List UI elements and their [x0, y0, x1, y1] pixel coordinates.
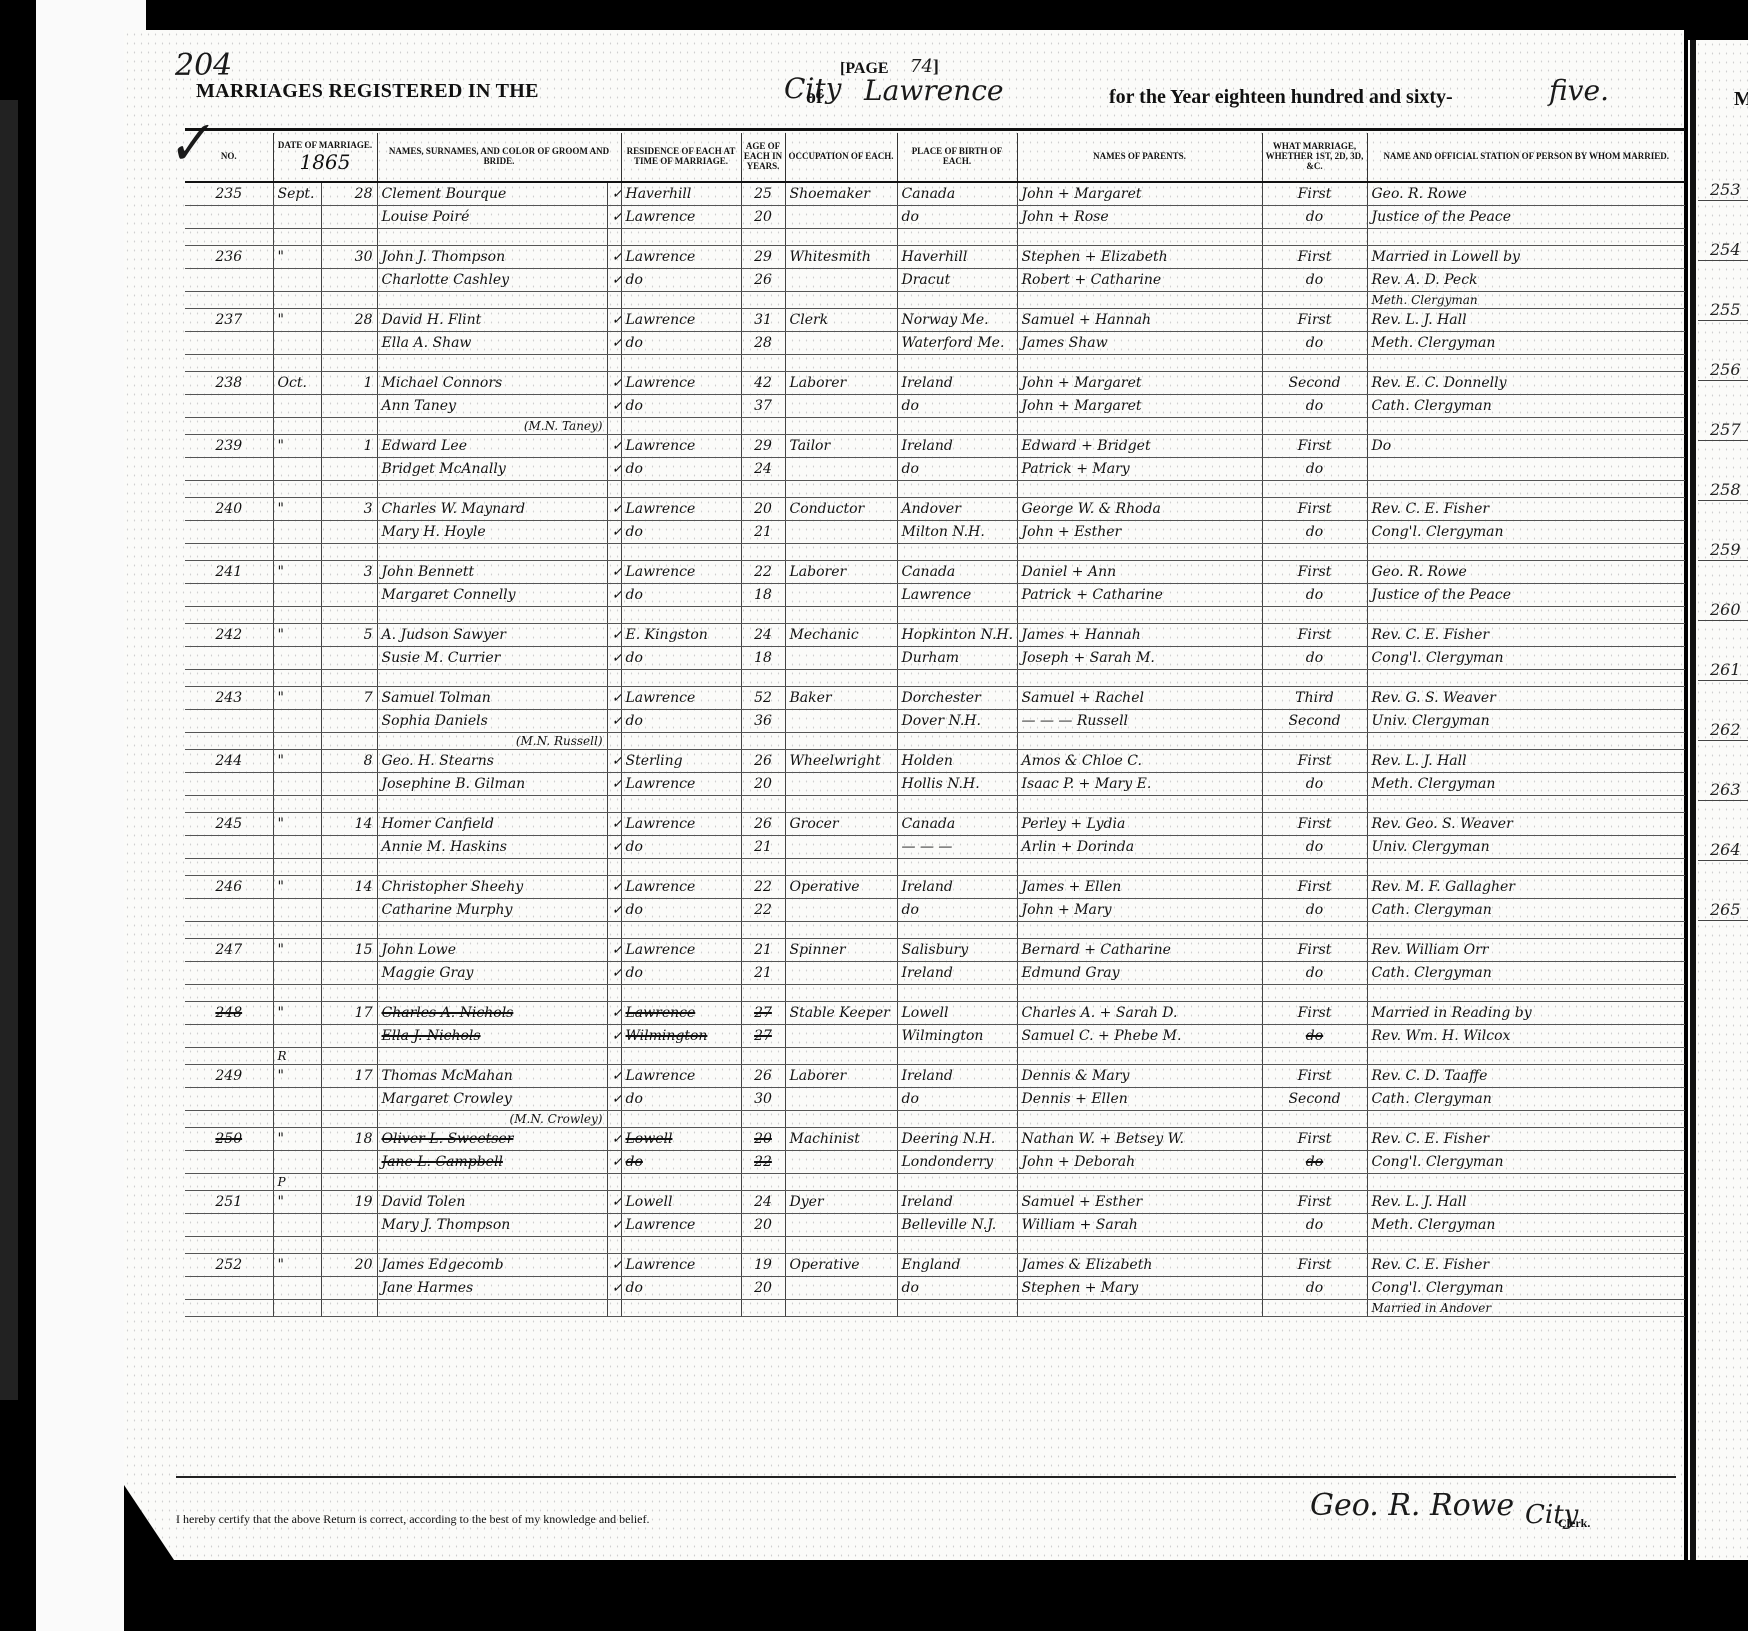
bride-marriage-number: do — [1262, 836, 1367, 859]
adjacent-rule — [1698, 860, 1748, 861]
empty-cell — [897, 607, 1017, 624]
adjacent-record-number: 262 — [1710, 720, 1741, 739]
bride-age: 21 — [741, 521, 785, 544]
groom-residence: Lowell — [621, 1191, 741, 1214]
bride-residence: do — [621, 521, 741, 544]
empty-cell — [185, 395, 273, 418]
empty-cell — [785, 206, 897, 229]
check-mark-icon: ✓ — [607, 269, 621, 292]
marriage-day: 14 — [321, 876, 377, 899]
adjacent-record-number: 259 — [1710, 540, 1741, 559]
empty-cell — [273, 836, 321, 859]
empty-cell — [273, 292, 321, 309]
groom-marriage-number: First — [1262, 498, 1367, 521]
table-row-groom: 236"30John J. Thompson✓Lawrence29Whitesm… — [185, 246, 1685, 269]
empty-cell — [785, 292, 897, 309]
groom-age: 22 — [741, 561, 785, 584]
groom-age: 26 — [741, 1065, 785, 1088]
marriage-month: " — [273, 1065, 321, 1088]
empty-cell — [621, 1174, 741, 1191]
groom-name: Michael Connors — [377, 372, 607, 395]
empty-cell — [321, 481, 377, 498]
empty-cell — [273, 647, 321, 670]
empty-cell — [321, 458, 377, 481]
empty-cell — [607, 229, 621, 246]
marriage-day: 17 — [321, 1065, 377, 1088]
officiant-line-3 — [1367, 355, 1685, 372]
table-row-groom: 241"3John Bennett✓Lawrence22LaborerCanad… — [185, 561, 1685, 584]
groom-name: David Tolen — [377, 1191, 607, 1214]
officiant-line-2: Meth. Clergyman — [1367, 332, 1685, 355]
empty-cell — [621, 1237, 741, 1254]
empty-cell — [273, 922, 321, 939]
maiden-name-note — [377, 922, 607, 939]
marriage-month: " — [273, 498, 321, 521]
bride-birthplace: Milton N.H. — [897, 521, 1017, 544]
groom-age: 27 — [741, 1002, 785, 1025]
table-row-groom: 242"5A. Judson Sawyer✓E. Kingston24Mecha… — [185, 624, 1685, 647]
marriage-month: " — [273, 309, 321, 332]
table-row-groom: 251"19David Tolen✓Lowell24DyerIrelandSam… — [185, 1191, 1685, 1214]
groom-occupation: Dyer — [785, 1191, 897, 1214]
marriage-day: 18 — [321, 1128, 377, 1151]
marriage-month: " — [273, 1002, 321, 1025]
table-row-bride: Josephine B. Gilman✓Lawrence20Hollis N.H… — [185, 773, 1685, 796]
bride-marriage-number: Second — [1262, 710, 1367, 733]
bride-birthplace: do — [897, 1088, 1017, 1111]
marriage-day: 1 — [321, 435, 377, 458]
empty-cell — [621, 1300, 741, 1317]
empty-cell — [607, 1300, 621, 1317]
groom-age: 24 — [741, 624, 785, 647]
marriage-month: " — [273, 687, 321, 710]
officiant-line-2: Justice of the Peace — [1367, 206, 1685, 229]
adjacent-rule — [1698, 620, 1748, 621]
empty-cell — [607, 1048, 621, 1065]
empty-cell — [321, 395, 377, 418]
groom-residence: Lawrence — [621, 435, 741, 458]
marriage-day: 14 — [321, 813, 377, 836]
empty-cell — [607, 1174, 621, 1191]
col-birthplace: Place of Birth of Each. — [897, 133, 1017, 182]
bride-name: Josephine B. Gilman — [377, 773, 607, 796]
table-row-bride: Margaret Connelly✓do18LawrencePatrick + … — [185, 584, 1685, 607]
bride-birthplace: Belleville N.J. — [897, 1214, 1017, 1237]
check-mark-icon: ✓ — [607, 521, 621, 544]
bride-name: Bridget McAnally — [377, 458, 607, 481]
empty-cell — [273, 521, 321, 544]
check-mark-icon: ✓ — [607, 246, 621, 269]
check-mark-icon: ✓ — [607, 1277, 621, 1300]
table-row-spacer — [185, 985, 1685, 1002]
groom-parents: Bernard + Catharine — [1017, 939, 1262, 962]
empty-cell — [185, 1277, 273, 1300]
empty-cell — [621, 481, 741, 498]
empty-cell — [1017, 607, 1262, 624]
empty-cell — [785, 859, 897, 876]
empty-cell — [785, 1025, 897, 1048]
bride-parents: John + Margaret — [1017, 395, 1262, 418]
record-number: 239 — [185, 435, 273, 458]
check-mark-icon: ✓ — [607, 561, 621, 584]
empty-cell — [273, 418, 321, 435]
groom-marriage-number: Third — [1262, 687, 1367, 710]
empty-cell — [185, 773, 273, 796]
check-mark-icon: ✓ — [607, 332, 621, 355]
groom-marriage-number: First — [1262, 624, 1367, 647]
empty-cell — [273, 1300, 321, 1317]
table-row-spacer — [185, 859, 1685, 876]
empty-cell — [785, 647, 897, 670]
table-row-spacer — [185, 922, 1685, 939]
empty-cell — [785, 355, 897, 372]
officiant-line-2: Rev. A. D. Peck — [1367, 269, 1685, 292]
empty-cell — [897, 1237, 1017, 1254]
bride-residence: do — [621, 710, 741, 733]
marriage-day: 28 — [321, 309, 377, 332]
empty-cell — [321, 899, 377, 922]
empty-cell — [273, 269, 321, 292]
empty-cell — [621, 922, 741, 939]
bride-age: 21 — [741, 836, 785, 859]
bride-parents: — — — Russell — [1017, 710, 1262, 733]
groom-birthplace: Canada — [897, 182, 1017, 206]
groom-parents: Samuel + Hannah — [1017, 309, 1262, 332]
marriage-day: 1 — [321, 372, 377, 395]
check-mark-icon: ✓ — [607, 206, 621, 229]
bride-name: Ann Taney — [377, 395, 607, 418]
table-row-groom: 244"8Geo. H. Stearns✓Sterling26Wheelwrig… — [185, 750, 1685, 773]
marriage-month: " — [273, 561, 321, 584]
bride-birthplace: Londonderry — [897, 1151, 1017, 1174]
bride-age: 28 — [741, 332, 785, 355]
empty-cell — [273, 796, 321, 813]
empty-cell — [785, 922, 897, 939]
groom-occupation: Laborer — [785, 372, 897, 395]
empty-cell — [897, 796, 1017, 813]
empty-cell — [897, 733, 1017, 750]
adjacent-rule — [1698, 560, 1748, 561]
officiant-line-2: Rev. Wm. H. Wilcox — [1367, 1025, 1685, 1048]
bride-residence: do — [621, 1277, 741, 1300]
bride-birthplace: do — [897, 1277, 1017, 1300]
empty-cell — [321, 584, 377, 607]
bride-age: 20 — [741, 206, 785, 229]
empty-cell — [273, 733, 321, 750]
empty-cell — [621, 355, 741, 372]
maiden-name-note: (M.N. Russell) — [377, 733, 607, 750]
officiant-line-1: Geo. R. Rowe — [1367, 561, 1685, 584]
bride-age: 22 — [741, 899, 785, 922]
table-row-bride: Louise Poiré✓Lawrence20doJohn + RosedoJu… — [185, 206, 1685, 229]
empty-cell — [321, 544, 377, 561]
footer-rule — [176, 1476, 1676, 1478]
table-row-spacer — [185, 544, 1685, 561]
empty-cell — [321, 773, 377, 796]
groom-occupation: Baker — [785, 687, 897, 710]
marriage-day: 20 — [321, 1254, 377, 1277]
bride-parents: John + Rose — [1017, 206, 1262, 229]
empty-cell — [321, 859, 377, 876]
empty-cell — [185, 1151, 273, 1174]
groom-name: Samuel Tolman — [377, 687, 607, 710]
check-mark-icon: ✓ — [607, 1002, 621, 1025]
empty-cell — [321, 229, 377, 246]
groom-parents: Samuel + Esther — [1017, 1191, 1262, 1214]
empty-cell — [273, 584, 321, 607]
adjacent-rule — [1698, 680, 1748, 681]
bride-residence: do — [621, 647, 741, 670]
empty-cell — [1017, 922, 1262, 939]
table-row-bride: Mary J. Thompson✓Lawrence20Belleville N.… — [185, 1214, 1685, 1237]
adjacent-record-number: 257 — [1710, 420, 1741, 439]
col-age: Age of Each in Years. — [741, 133, 785, 182]
record-number: 238 — [185, 372, 273, 395]
maiden-name-note — [377, 607, 607, 624]
table-row-bride: Annie M. Haskins✓do21— — —Arlin + Dorind… — [185, 836, 1685, 859]
empty-cell — [785, 773, 897, 796]
check-mark-icon: ✓ — [607, 458, 621, 481]
groom-marriage-number: First — [1262, 1191, 1367, 1214]
marriage-day: 5 — [321, 624, 377, 647]
officiant-line-3: Meth. Clergyman — [1367, 292, 1685, 309]
empty-cell — [1262, 1048, 1367, 1065]
empty-cell — [897, 481, 1017, 498]
bride-name: Susie M. Currier — [377, 647, 607, 670]
empty-cell — [273, 395, 321, 418]
table-row-bride: Ann Taney✓do37doJohn + MargaretdoCath. C… — [185, 395, 1685, 418]
bride-name: Ella A. Shaw — [377, 332, 607, 355]
empty-cell — [621, 544, 741, 561]
empty-cell — [741, 481, 785, 498]
header-rule — [185, 128, 1685, 131]
officiant-line-1: Rev. L. J. Hall — [1367, 750, 1685, 773]
empty-cell — [607, 733, 621, 750]
bride-residence: Lawrence — [621, 206, 741, 229]
bride-marriage-number: do — [1262, 647, 1367, 670]
bride-name: Annie M. Haskins — [377, 836, 607, 859]
bride-name: Charlotte Cashley — [377, 269, 607, 292]
empty-cell — [785, 229, 897, 246]
empty-cell — [621, 607, 741, 624]
empty-cell — [897, 1300, 1017, 1317]
marriage-day: 7 — [321, 687, 377, 710]
bride-marriage-number: do — [1262, 458, 1367, 481]
check-mark-icon: ✓ — [607, 962, 621, 985]
groom-occupation: Whitesmith — [785, 246, 897, 269]
empty-cell — [273, 899, 321, 922]
place-name: Lawrence — [864, 74, 1004, 107]
bride-residence: do — [621, 836, 741, 859]
groom-birthplace: Norway Me. — [897, 309, 1017, 332]
empty-cell — [185, 458, 273, 481]
officiant-line-3 — [1367, 544, 1685, 561]
record-number: 235 — [185, 182, 273, 206]
title-of: of — [806, 86, 823, 109]
bride-parents: John + Mary — [1017, 899, 1262, 922]
groom-occupation: Machinist — [785, 1128, 897, 1151]
bride-parents: Arlin + Dorinda — [1017, 836, 1262, 859]
groom-age: 25 — [741, 182, 785, 206]
officiant-line-3 — [1367, 859, 1685, 876]
empty-cell — [185, 985, 273, 1002]
bride-parents: Stephen + Mary — [1017, 1277, 1262, 1300]
table-row-bride: Catharine Murphy✓do22doJohn + MarydoCath… — [185, 899, 1685, 922]
bride-parents: John + Deborah — [1017, 1151, 1262, 1174]
empty-cell — [785, 395, 897, 418]
empty-cell — [185, 544, 273, 561]
empty-cell — [1262, 607, 1367, 624]
empty-cell — [897, 1048, 1017, 1065]
bride-age: 20 — [741, 773, 785, 796]
groom-age: 26 — [741, 750, 785, 773]
groom-birthplace: Canada — [897, 561, 1017, 584]
table-row-groom: 243"7Samuel Tolman✓Lawrence52BakerDorche… — [185, 687, 1685, 710]
check-mark-icon: ✓ — [607, 498, 621, 521]
bride-age: 36 — [741, 710, 785, 733]
officiant-line-2 — [1367, 458, 1685, 481]
groom-birthplace: Haverhill — [897, 246, 1017, 269]
empty-cell — [273, 859, 321, 876]
bride-birthplace: do — [897, 395, 1017, 418]
bride-residence: do — [621, 584, 741, 607]
empty-cell — [1262, 1111, 1367, 1128]
officiant-line-3 — [1367, 733, 1685, 750]
bride-residence: Lawrence — [621, 1214, 741, 1237]
adjacent-record-number: 253 — [1710, 180, 1741, 199]
empty-cell — [1017, 544, 1262, 561]
groom-birthplace: Dorchester — [897, 687, 1017, 710]
col-marriage-number: What Marriage, Whether 1st, 2d, 3d, &c. — [1262, 133, 1367, 182]
groom-marriage-number: First — [1262, 1002, 1367, 1025]
bride-parents: Edmund Gray — [1017, 962, 1262, 985]
groom-residence: Lowell — [621, 1128, 741, 1151]
groom-name: Geo. H. Stearns — [377, 750, 607, 773]
bride-parents: Joseph + Sarah M. — [1017, 647, 1262, 670]
officiant-line-3 — [1367, 922, 1685, 939]
empty-cell — [321, 922, 377, 939]
groom-residence: Lawrence — [621, 1254, 741, 1277]
bride-marriage-number: do — [1262, 962, 1367, 985]
empty-cell — [785, 1048, 897, 1065]
groom-age: 21 — [741, 939, 785, 962]
groom-age: 20 — [741, 1128, 785, 1151]
empty-cell — [621, 796, 741, 813]
groom-occupation: Shoemaker — [785, 182, 897, 206]
groom-residence: Lawrence — [621, 246, 741, 269]
marriage-register-table: No. Date of Marriage.1865 Names, Surname… — [185, 133, 1685, 1317]
groom-birthplace: Lowell — [897, 1002, 1017, 1025]
table-row-groom: 237"28David H. Flint✓Lawrence31ClerkNorw… — [185, 309, 1685, 332]
col-parents: Names of Parents. — [1017, 133, 1262, 182]
empty-cell — [321, 206, 377, 229]
bride-marriage-number: do — [1262, 1277, 1367, 1300]
marriage-month: " — [273, 939, 321, 962]
groom-name: John J. Thompson — [377, 246, 607, 269]
empty-cell — [1262, 481, 1367, 498]
officiant-line-2: Cong'l. Clergyman — [1367, 1277, 1685, 1300]
empty-cell — [185, 355, 273, 372]
marriage-month: " — [273, 246, 321, 269]
empty-cell — [185, 710, 273, 733]
officiant-line-1: Rev. Geo. S. Weaver — [1367, 813, 1685, 836]
empty-cell — [785, 1088, 897, 1111]
maiden-name-note — [377, 544, 607, 561]
empty-cell — [273, 607, 321, 624]
empty-cell — [621, 229, 741, 246]
empty-cell — [785, 584, 897, 607]
groom-occupation: Stable Keeper — [785, 1002, 897, 1025]
marriage-day: 3 — [321, 561, 377, 584]
empty-cell — [607, 481, 621, 498]
check-mark-icon: ✓ — [607, 1191, 621, 1214]
groom-marriage-number: First — [1262, 246, 1367, 269]
check-mark-icon: ✓ — [607, 584, 621, 607]
empty-cell — [185, 922, 273, 939]
empty-cell — [321, 647, 377, 670]
groom-marriage-number: First — [1262, 435, 1367, 458]
bride-marriage-number: do — [1262, 584, 1367, 607]
groom-birthplace: Salisbury — [897, 939, 1017, 962]
empty-cell — [321, 796, 377, 813]
empty-cell — [185, 1048, 273, 1065]
officiant-line-2: Univ. Clergyman — [1367, 836, 1685, 859]
empty-cell — [1017, 1048, 1262, 1065]
empty-cell — [321, 1025, 377, 1048]
empty-cell — [185, 1088, 273, 1111]
bride-age: 30 — [741, 1088, 785, 1111]
officiant-line-3 — [1367, 1111, 1685, 1128]
record-number: 243 — [185, 687, 273, 710]
empty-cell — [321, 1174, 377, 1191]
empty-cell — [1017, 1111, 1262, 1128]
check-mark-icon: ✓ — [607, 876, 621, 899]
groom-residence: Lawrence — [621, 876, 741, 899]
table-row-spacer: (M.N. Crowley) — [185, 1111, 1685, 1128]
marriage-month: Sept. — [273, 182, 321, 206]
officiant-line-1: Married in Lowell by — [1367, 246, 1685, 269]
bride-marriage-number: do — [1262, 1214, 1367, 1237]
year-prefix: for the Year eighteen hundred and sixty- — [1109, 86, 1453, 109]
empty-cell — [321, 292, 377, 309]
maiden-name-note — [377, 985, 607, 1002]
groom-name: Charles A. Nichols — [377, 1002, 607, 1025]
empty-cell — [321, 1214, 377, 1237]
maiden-name-note — [377, 859, 607, 876]
table-row-groom: 235Sept.28Clement Bourque✓Haverhill25Sho… — [185, 182, 1685, 206]
groom-name: Clement Bourque — [377, 182, 607, 206]
table-row-groom: 247"15John Lowe✓Lawrence21SpinnerSalisbu… — [185, 939, 1685, 962]
bride-age: 18 — [741, 647, 785, 670]
groom-name: Thomas McMahan — [377, 1065, 607, 1088]
empty-cell — [321, 836, 377, 859]
empty-cell — [273, 1088, 321, 1111]
empty-cell — [273, 481, 321, 498]
adjacent-rule — [1698, 200, 1748, 201]
empty-cell — [621, 418, 741, 435]
register-title: MARRIAGES REGISTERED IN THE City of Lawr… — [196, 80, 1676, 114]
groom-age: 52 — [741, 687, 785, 710]
groom-age: 31 — [741, 309, 785, 332]
empty-cell — [1262, 229, 1367, 246]
groom-parents: Samuel + Rachel — [1017, 687, 1262, 710]
bride-birthplace: Durham — [897, 647, 1017, 670]
bride-residence: do — [621, 899, 741, 922]
empty-cell — [185, 962, 273, 985]
table-row-groom: 252"20James Edgecomb✓Lawrence19Operative… — [185, 1254, 1685, 1277]
officiant-line-2: Meth. Clergyman — [1367, 773, 1685, 796]
bride-residence: do — [621, 1151, 741, 1174]
